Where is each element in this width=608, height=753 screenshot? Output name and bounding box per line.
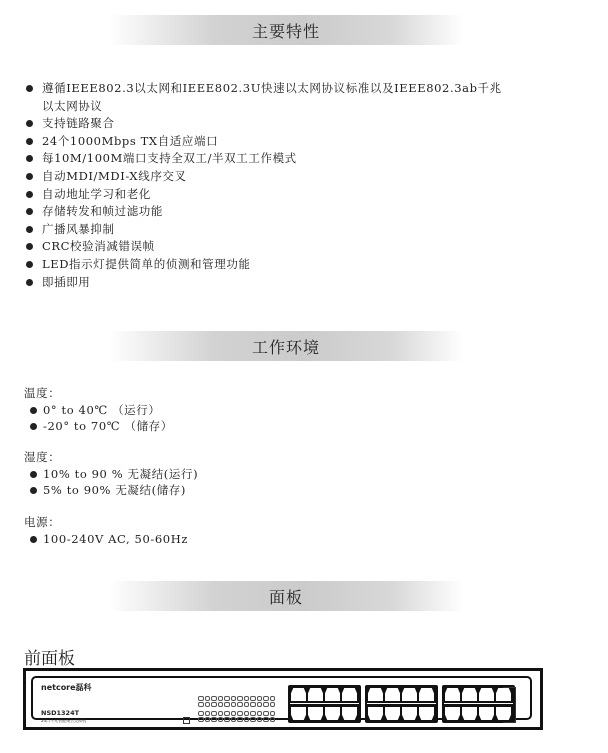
temperature-label: 温度：	[24, 385, 173, 402]
bullet-icon	[30, 487, 37, 494]
power-label: 电源：	[24, 514, 188, 531]
power-item: 100-240V AC, 50-60Hz	[30, 531, 188, 548]
port-block-2	[365, 685, 438, 723]
humidity-label: 湿度：	[24, 449, 198, 466]
panel-section-header: 面板	[108, 581, 464, 611]
bullet-icon	[26, 138, 33, 145]
bullet-icon	[26, 243, 33, 250]
switch-faceplate: netcore磊科 NSD1324T 24口千兆智能聚合交换机	[31, 676, 532, 720]
front-panel-heading: 前面板	[24, 644, 75, 669]
bullet-icon	[26, 226, 33, 233]
features-title: 主要特性	[252, 19, 320, 42]
bullet-icon	[26, 191, 33, 198]
bullet-icon	[26, 261, 33, 268]
feature-item: 自动MDI/MDI-X线序交叉	[26, 168, 502, 186]
humidity-group: 湿度： 10% to 90 % 无凝结(运行) 5% to 90% 无凝结(储存…	[24, 449, 198, 499]
feature-item: 即插即用	[26, 274, 502, 292]
bullet-icon	[26, 208, 33, 215]
led-row-top-2	[198, 702, 286, 708]
feature-item: 广播风暴抑制	[26, 221, 502, 239]
feature-item: 存储转发和帧过滤功能	[26, 203, 502, 221]
brand-logo: netcore磊科	[41, 682, 92, 693]
feature-item: 遵循IEEE802.3以太网和IEEE802.3U快速以太网协议标准以及IEEE…	[26, 80, 502, 115]
environment-section-header: 工作环境	[108, 331, 464, 361]
feature-item: 24个1000Mbps TX自适应端口	[26, 133, 502, 151]
combo-bracket-icon	[503, 687, 516, 723]
power-group: 电源： 100-240V AC, 50-60Hz	[24, 514, 188, 547]
feature-item: 自动地址学习和老化	[26, 186, 502, 204]
bullet-icon	[26, 279, 33, 286]
features-list: 遵循IEEE802.3以太网和IEEE802.3U快速以太网协议标准以及IEEE…	[26, 80, 502, 291]
bullet-icon	[30, 536, 37, 543]
led-row-bottom-2	[198, 717, 286, 723]
feature-item: LED指示灯提供简单的侦测和管理功能	[26, 256, 502, 274]
model-description: 24口千兆智能聚合交换机	[41, 718, 86, 724]
humidity-item: 5% to 90% 无凝结(储存)	[30, 482, 198, 499]
front-panel-illustration: netcore磊科 NSD1324T 24口千兆智能聚合交换机	[23, 668, 543, 730]
environment-title: 工作环境	[252, 335, 320, 358]
features-section-header: 主要特性	[108, 15, 464, 45]
bullet-icon	[30, 407, 37, 414]
power-led-icon	[183, 717, 190, 724]
bullet-icon	[30, 423, 37, 430]
humidity-item: 10% to 90 % 无凝结(运行)	[30, 466, 198, 483]
bullet-icon	[26, 155, 33, 162]
bullet-icon	[30, 471, 37, 478]
temperature-item: 0° to 40℃ （运行）	[30, 402, 173, 419]
temperature-group: 温度： 0° to 40℃ （运行） -20° to 70℃ （储存）	[24, 385, 173, 435]
bullet-icon	[26, 120, 33, 127]
bullet-icon	[26, 85, 33, 92]
port-block-1	[288, 685, 361, 723]
feature-item: CRC校验消减错误帧	[26, 238, 502, 256]
feature-item: 每10M/100M端口支持全双工/半双工工作模式	[26, 150, 502, 168]
model-name: NSD1324T	[41, 709, 79, 717]
panel-title: 面板	[269, 585, 303, 608]
bullet-icon	[26, 173, 33, 180]
feature-item: 支持链路聚合	[26, 115, 502, 133]
temperature-item: -20° to 70℃ （储存）	[30, 418, 173, 435]
